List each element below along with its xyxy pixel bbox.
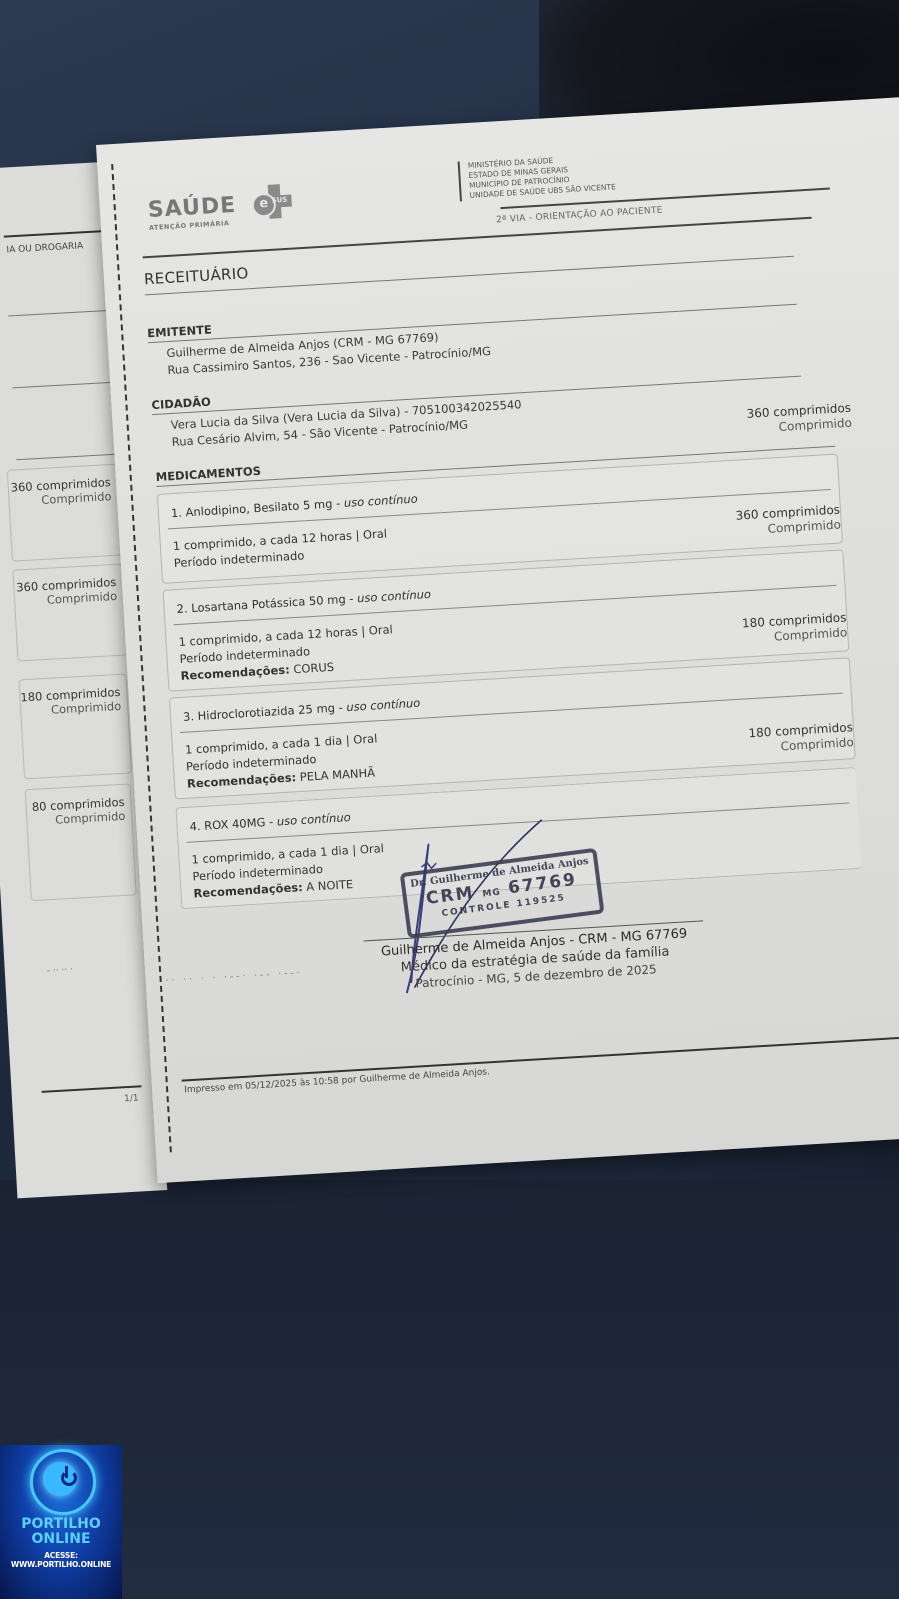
strip-rule	[8, 310, 108, 317]
med-dosage: 1 comprimido, a cada 12 horas | Oral Per…	[178, 621, 395, 685]
emitter-label: EMITENTE	[147, 322, 212, 340]
strip-footer-rule	[42, 1085, 142, 1093]
document-header: SAÚDE ATENÇÃO PRIMÁRIA e SUS Ministério …	[138, 135, 899, 260]
footer-rule	[182, 1032, 899, 1081]
strip-dots: - ·· ·· ·	[47, 965, 74, 976]
strip-rule	[12, 382, 112, 389]
emitter-rule	[148, 304, 797, 344]
portilho-online-watermark: PORTILHO ONLINE ACESSE: WWW.PORTILHO.ONL…	[0, 1445, 122, 1599]
watermark-line1: PORTILHO	[0, 1517, 122, 1532]
strip-header-rule	[4, 230, 104, 238]
saude-esus-logo: SAÚDE ATENÇÃO PRIMÁRIA e SUS	[147, 193, 237, 232]
med-quantity: 180 comprimidos Comprimido	[748, 720, 854, 756]
strip-qty: 180 comprimidos Comprimido	[20, 685, 122, 719]
strip-qty: 360 comprimidos Comprimido	[10, 475, 112, 509]
logo-word: SAÚDE	[147, 193, 237, 223]
med-quantity: 360 comprimidos Comprimido	[735, 503, 841, 539]
strip-med-box: 360 comprimidos Comprimido	[7, 464, 122, 562]
watermark-url: ACESSE: WWW.PORTILHO.ONLINE	[0, 1551, 122, 1569]
header-rule	[143, 217, 812, 259]
citizen-label: CIDADÃO	[151, 395, 211, 412]
document-title: RECEITUÁRIO	[144, 264, 250, 288]
strip-med-box: 180 comprimidos Comprimido	[19, 673, 132, 779]
copy-label: 2ª VIA - ORIENTAÇÃO AO PACIENTE	[496, 206, 663, 226]
strip-qty: 360 comprimidos Comprimido	[16, 575, 118, 609]
med-dosage: 1 comprimido, a cada 1 dia | Oral Períod…	[185, 730, 380, 792]
med-dosage: 1 comprimido, a cada 1 dia | Oral Períod…	[191, 840, 386, 902]
power-icon	[30, 1449, 96, 1515]
strip-rule	[16, 454, 116, 461]
med-quantity: 360 comprimidos Comprimido	[746, 401, 852, 437]
page-number: 1/1	[124, 1093, 139, 1104]
watermark-line2: ONLINE	[0, 1532, 122, 1547]
med-dosage: 1 comprimido, a cada 12 horas | Oral Per…	[172, 525, 388, 572]
dotted-line: ·· ·· · · ·--· ·-- ·--·	[165, 968, 302, 986]
strip-med-box: 80 comprimidos Comprimido	[25, 783, 137, 901]
prescription-paper: SAÚDE ATENÇÃO PRIMÁRIA e SUS Ministério …	[96, 96, 899, 1183]
esus-cross-icon: e SUS	[257, 184, 293, 220]
strip-med-box: 360 comprimidos Comprimido	[12, 564, 127, 662]
strip-header-fragment: IA OU DROGARIA	[6, 241, 83, 255]
med-quantity: 180 comprimidos Comprimido	[742, 610, 848, 646]
fabric-background-bottom	[0, 1180, 899, 1599]
med-name: 4. ROX 40MG - uso contínuo	[189, 810, 351, 834]
ministry-block: Ministério da Saúde Estado de Minas Gera…	[458, 152, 616, 201]
strip-qty: 80 comprimidos Comprimido	[31, 795, 125, 828]
